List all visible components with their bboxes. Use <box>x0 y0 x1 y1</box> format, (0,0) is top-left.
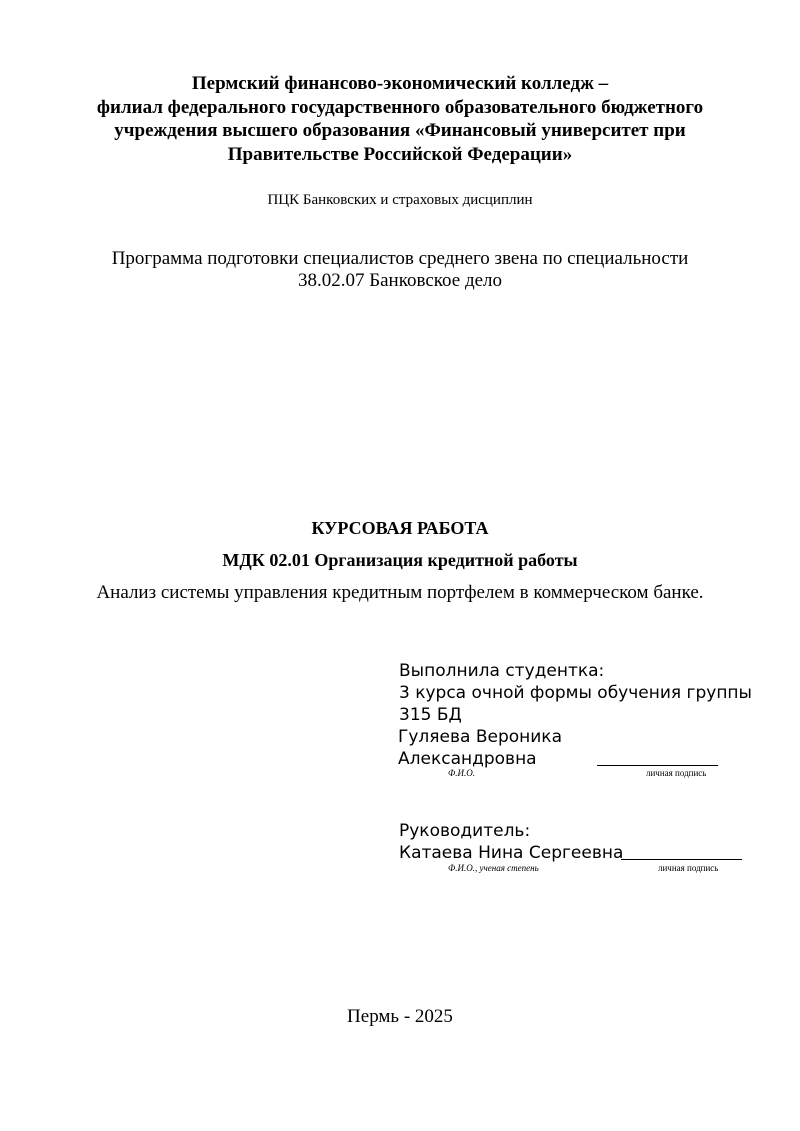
program-line: Программа подготовки специалистов средне… <box>0 248 800 270</box>
supervisor-signature-caption: личная подпись <box>658 863 718 873</box>
org-line: Правительстве Российской Федерации» <box>0 143 800 167</box>
supervisor-block: Руководитель: Катаева Нина Сергеевна <box>399 820 623 864</box>
program-line: 38.02.07 Банковское дело <box>0 270 800 292</box>
supervisor-name: Катаева Нина Сергеевна <box>399 842 623 864</box>
student-course: 3 курса очной формы обучения группы <box>399 682 752 704</box>
work-topic: Анализ системы управления кредитным порт… <box>0 582 800 604</box>
org-line: учреждения высшего образования «Финансов… <box>0 119 800 143</box>
org-line: Пермский финансово-экономический колледж… <box>0 72 800 96</box>
work-type: КУРСОВАЯ РАБОТА <box>0 518 800 539</box>
student-name-line2: Александровна <box>398 748 752 770</box>
student-signature-caption: личная подпись <box>646 768 706 778</box>
supervisor-signature-line <box>621 859 742 860</box>
student-name-line1: Гуляева Вероника <box>398 726 752 748</box>
program: Программа подготовки специалистов средне… <box>0 248 800 292</box>
student-group: 315 БД <box>399 704 752 726</box>
course-module: МДК 02.01 Организация кредитной работы <box>0 550 800 571</box>
department: ПЦК Банковских и страховых дисциплин <box>0 192 800 209</box>
student-name-caption: Ф.И.О. <box>448 768 475 778</box>
city-year: Пермь - 2025 <box>0 1006 800 1028</box>
supervisor-label: Руководитель: <box>399 820 623 842</box>
student-label: Выполнила студентка: <box>399 660 752 682</box>
student-signature-line <box>597 765 718 766</box>
organization-name: Пермский финансово-экономический колледж… <box>0 72 800 166</box>
student-block: Выполнила студентка: 3 курса очной формы… <box>399 660 752 770</box>
org-line: филиал федерального государственного обр… <box>0 96 800 120</box>
supervisor-name-caption: Ф.И.О., ученая степень <box>448 863 539 873</box>
